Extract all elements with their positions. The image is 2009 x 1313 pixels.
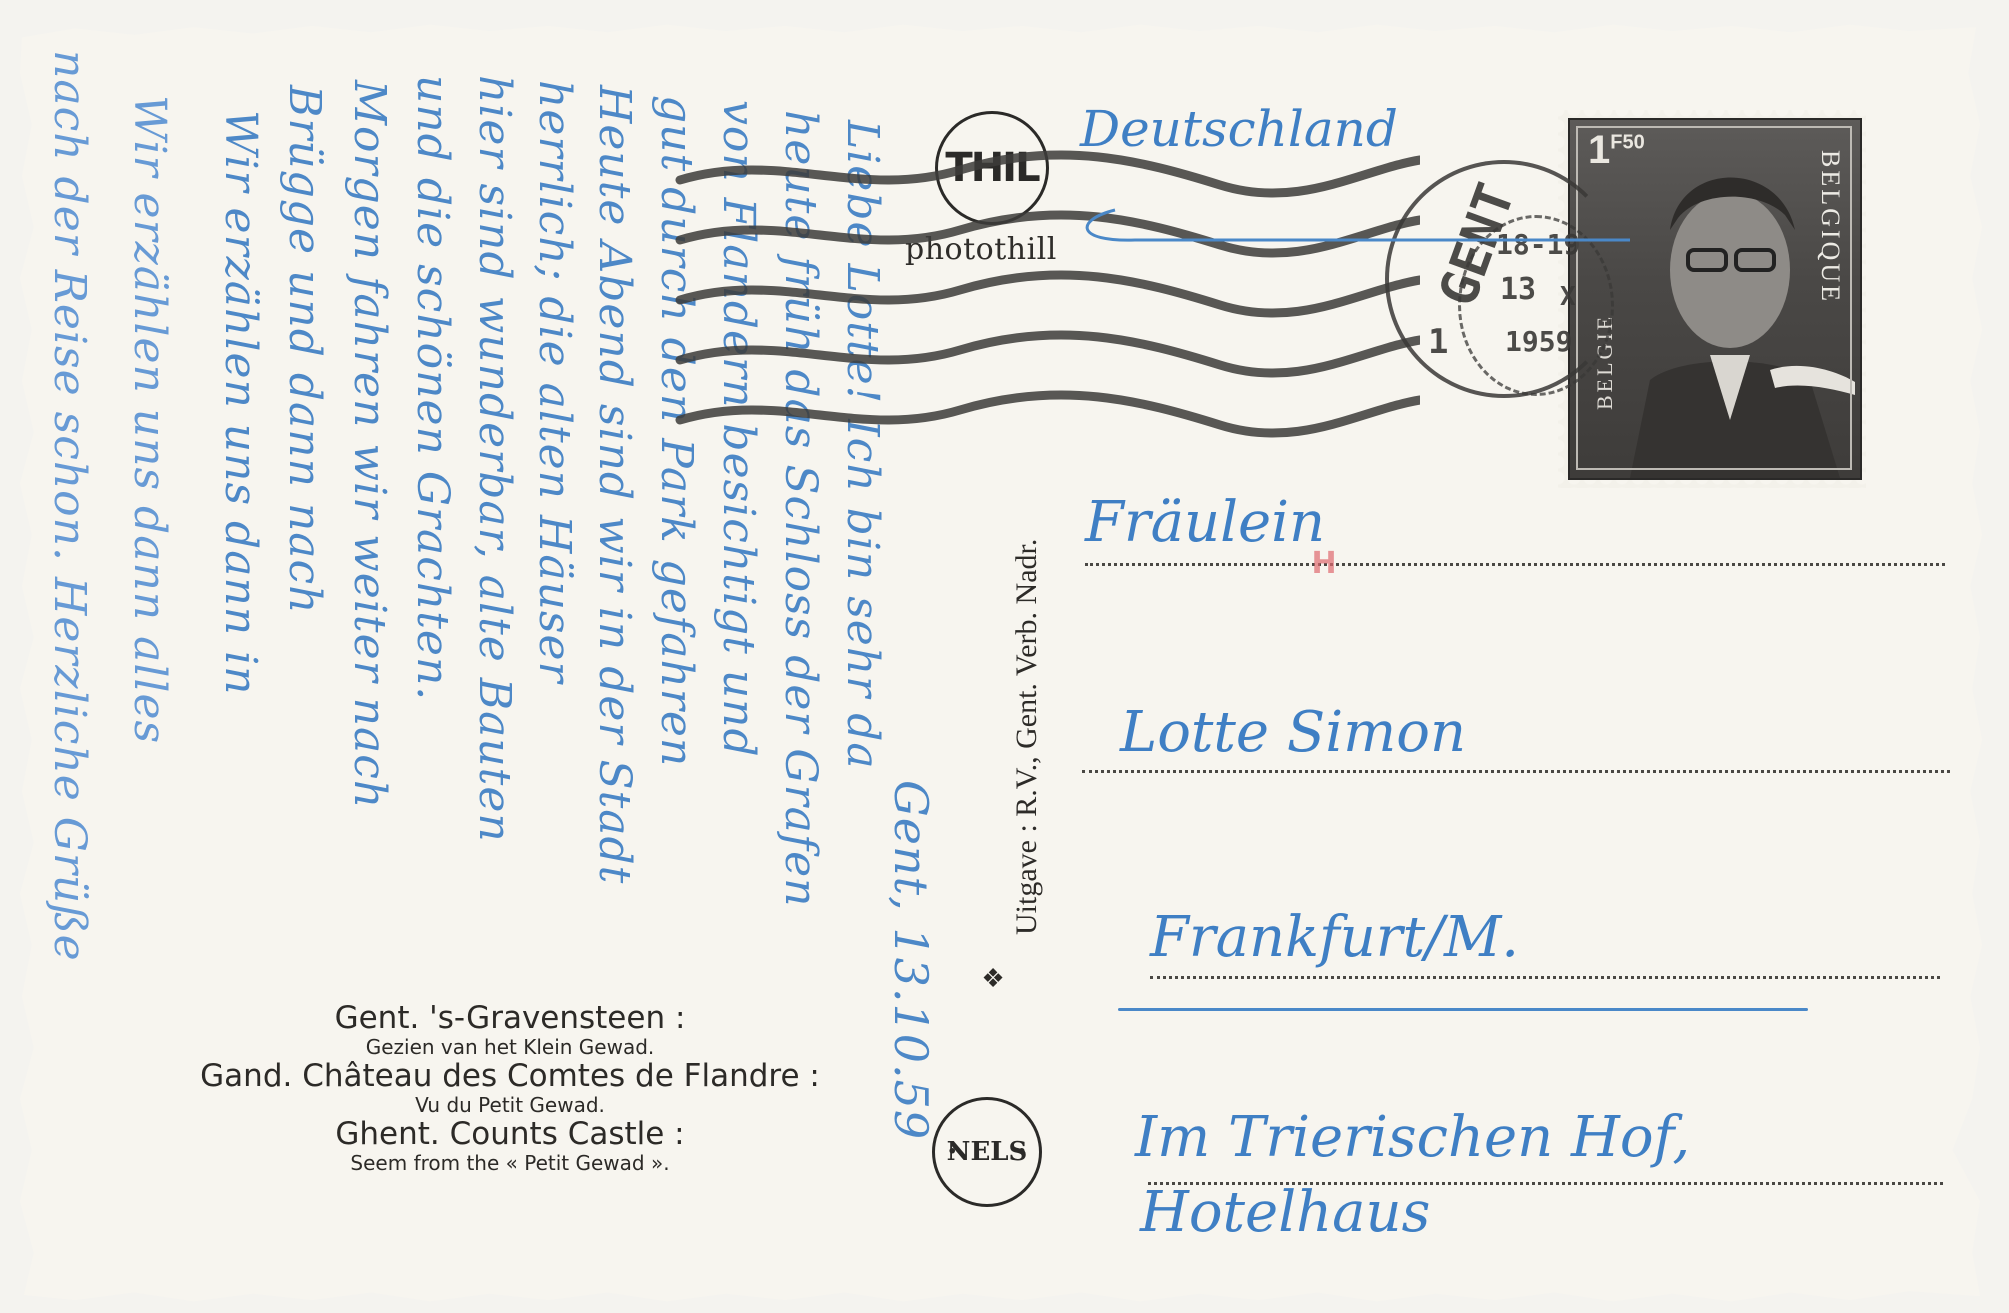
caption-line: Vu du Petit Gewad. [120,1094,900,1116]
stamp-country: BELGIQUE [1815,150,1845,304]
stamp-value: 1F50 [1588,128,1645,173]
ornament-icon: ❖ [980,965,1006,991]
nels-logo: NELS [932,1097,1042,1207]
caption-line: Gezien van het Klein Gewad. [120,1036,900,1058]
postmark-office: 1 [1428,322,1448,362]
stamp-value-fraction: F50 [1610,132,1644,154]
country-underline [1075,200,1635,250]
message-column: Wir erzählen uns dann in [215,110,266,696]
red-stamp-mark: H [1302,548,1346,618]
caption-line: Gand. Château des Comtes de Flandre : [120,1058,900,1094]
address-line: Hotelhaus [1140,1180,1430,1245]
message-column: Morgen fahren wir weiter nach [344,80,395,809]
message-column: Wir erzählen uns dann alles [124,95,175,744]
postmark-day: 13 [1500,272,1536,307]
postmark-month: X [1560,282,1576,312]
caption-line: Seem from the « Petit Gewad ». [120,1152,900,1174]
city-underline [1118,1008,1808,1011]
publisher-line: Uitgave : R.V., Gent. Verb. Nadr. [1010,539,1044,935]
stamp-value-main: 1 [1588,128,1610,172]
address-line: Fräulein [1085,490,1325,555]
postmark-year: 1959 [1505,325,1572,358]
address-line: Im Trierischen Hof, [1135,1105,1690,1170]
message-column: herrlich; die alten Häuser [529,80,580,684]
address-dotted-line [1150,976,1940,979]
address-dotted-line [1085,563,1945,566]
address-line: Frankfurt/M. [1150,905,1519,970]
message-column: hier sind wunderbar, alte Bauten [469,75,520,843]
address-country: Deutschland [1080,100,1398,158]
message-column: Brügge und dann nach [279,85,330,615]
caption-line: Gent. 's-Gravensteen : [120,1000,900,1036]
address-dotted-line [1082,770,1950,773]
photo-caption: Gent. 's-Gravensteen : Gezien van het Kl… [120,1000,900,1174]
machine-cancellation [660,130,1420,450]
message-column: Heute Abend sind wir in der Stadt [589,85,640,884]
address-line: Lotte Simon [1120,700,1466,765]
caption-line: Ghent. Counts Castle : [120,1116,900,1152]
message-column: und die schönen Grachten. [407,75,458,701]
message-column: nach der Reise schon. Herzliche Grüße [44,50,95,962]
